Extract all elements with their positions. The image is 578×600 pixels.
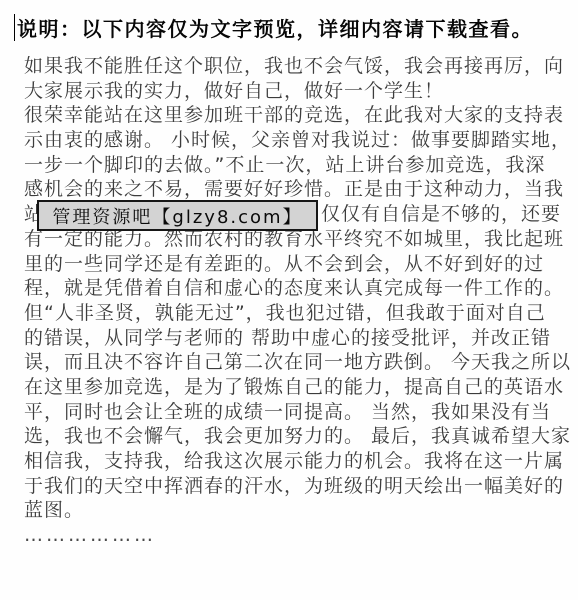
text-line: 于我们的天空中挥洒春的汗水，为班级的明天绘出一幅美好的 — [24, 474, 572, 499]
text-fragment-right: 仅仅有自信是不够的，还要 — [321, 202, 561, 227]
watermark-banner: 管理资源吧【glzy8.com】 — [37, 200, 318, 231]
text-cursor — [14, 14, 15, 41]
text-line: 感机会的来之不易，需要好好珍惜。正是由于这种动力，当我 — [24, 177, 572, 202]
text-line: 在这里参加竞选，是为了锻炼自己的能力，提高自己的英语水 — [24, 375, 572, 400]
document-body: 如果我不能胜任这个职位，我也不会气馁，我会再接再厉，向 大家展示我的实力，做好自… — [24, 54, 572, 548]
ellipsis-line: ……………… — [24, 523, 572, 548]
text-line: 示由衷的感谢。 小时候，父亲曾对我说过：做事要脚踏实地， — [24, 128, 572, 153]
text-line: 的错误，从同学与老师的 帮助中虚心的接受批评，并改正错 — [24, 326, 572, 351]
text-line: 相信我，支持我，给我这次展示能力的机会。我将在这一片属 — [24, 449, 572, 474]
text-line: 蓝图。 — [24, 498, 572, 523]
text-line: 但“人非圣贤，孰能无过”，我也犯过错，但我敢于面对自己 — [24, 301, 572, 326]
text-line: 程，就是凭借着自信和虚心的态度来认真完成每一件工作的。 — [24, 276, 572, 301]
text-line: 一步一个脚印的去做。”不止一次，站上讲台参加竞选，我深 — [24, 153, 572, 178]
text-line: 误，而且决不容许自己第二次在同一地方跌倒。 今天我之所以 — [24, 350, 572, 375]
text-line: 平，同时也会让全班的成绩一同提高。 当然，我如果没有当 — [24, 400, 572, 425]
document-preview-page: 说明：以下内容仅为文字预览，详细内容请下载查看。 如果我不能胜任这个职位，我也不… — [0, 0, 578, 600]
text-line: 里的一些同学还是有差距的。从不会到会，从不好到好的过 — [24, 252, 572, 277]
preview-notice: 说明：以下内容仅为文字预览，详细内容请下载查看。 — [17, 13, 533, 42]
text-line: 很荣幸能站在这里参加班干部的竞选，在此我对大家的支持表 — [24, 103, 572, 128]
text-line: 大家展示我的实力，做好自己，做好一个学生！ — [24, 79, 572, 104]
text-line: 如果我不能胜任这个职位，我也不会气馁，我会再接再厉，向 — [24, 54, 572, 79]
text-line: 选，我也不会懈气，我会更加努力的。 最后，我真诚希望大家 — [24, 424, 572, 449]
